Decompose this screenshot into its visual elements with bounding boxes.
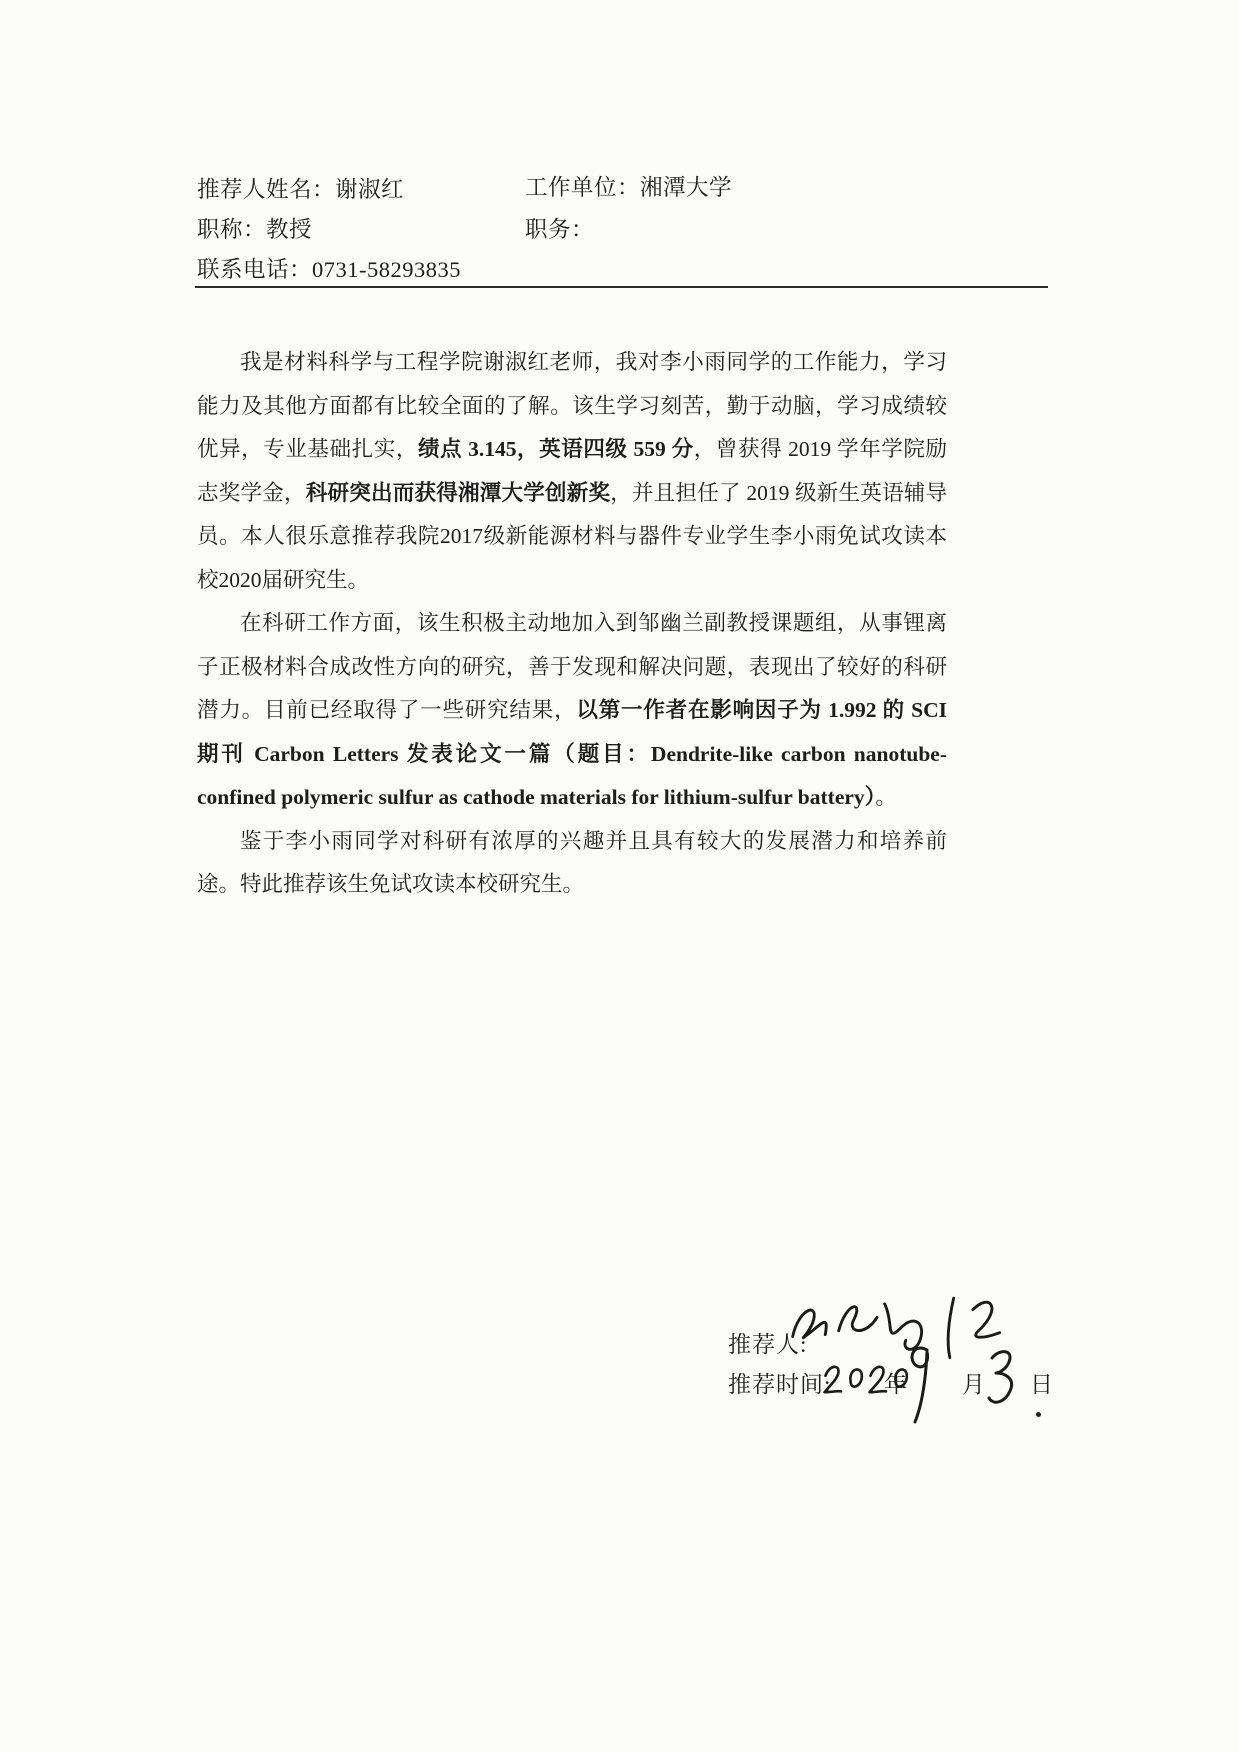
year-strokes-icon [822,1363,912,1399]
handwritten-day [986,1348,1020,1410]
body-paragraph-2: 在科研工作方面，该生积极主动地加入到邹幽兰副教授课题组，从事锂离子正极材料合成改… [197,602,947,820]
signature-day-suffix: 日 [1030,1366,1054,1399]
text-segment: 鉴于李小雨同学对科研有浓厚的兴趣并且具有较大的发展潜力和培养前途。特此推荐该生免… [197,829,947,897]
position-label: 职务： [525,217,594,242]
work-unit-value: 湘潭大学 [640,175,732,200]
text-segment: 。 [875,785,897,809]
work-unit-label: 工作单位： [525,175,640,200]
title-label: 职称： [197,217,266,242]
handwritten-signature [785,1285,1015,1365]
ink-dot [1036,1412,1041,1417]
text-segment: 绩点 3.145，英语四级 559 分 [418,437,694,461]
phone-label: 联系电话： [197,257,312,282]
handwritten-month [905,1340,933,1428]
signature-date-label: 推荐时间: [728,1366,831,1399]
recommender-name-value: 谢淑红 [335,177,404,202]
phone-value: 0731-58293835 [312,257,461,282]
header-field-title: 职称：教授 [197,212,312,244]
header-field-recommender-name: 推荐人姓名：谢淑红 [197,172,404,204]
recommender-name-label: 推荐人姓名： [197,177,335,202]
document-page: 推荐人姓名：谢淑红 工作单位：湘潭大学 职称：教授 职务： 联系电话：0731-… [0,0,1239,1752]
header-field-work-unit: 工作单位：湘潭大学 [525,170,732,202]
day-strokes-icon [986,1348,1020,1410]
title-value: 教授 [266,217,312,242]
header-field-position: 职务： [525,212,594,244]
month-strokes-icon [905,1340,933,1428]
body-paragraph-1: 我是材料科学与工程学院谢淑红老师，我对李小雨同学的工作能力，学习能力及其他方面都… [197,341,947,602]
handwritten-year [822,1363,912,1399]
signature-month-suffix: 月 [962,1366,986,1399]
letter-body: 我是材料科学与工程学院谢淑红老师，我对李小雨同学的工作能力，学习能力及其他方面都… [197,341,947,907]
header-field-phone: 联系电话：0731-58293835 [197,252,461,284]
text-segment: 科研突出而获得湘潭大学创新奖 [306,481,610,505]
signature-strokes-icon [785,1285,1015,1365]
header-divider [195,286,1048,288]
body-paragraph-3: 鉴于李小雨同学对科研有浓厚的兴趣并且具有较大的发展潜力和培养前途。特此推荐该生免… [197,820,947,907]
